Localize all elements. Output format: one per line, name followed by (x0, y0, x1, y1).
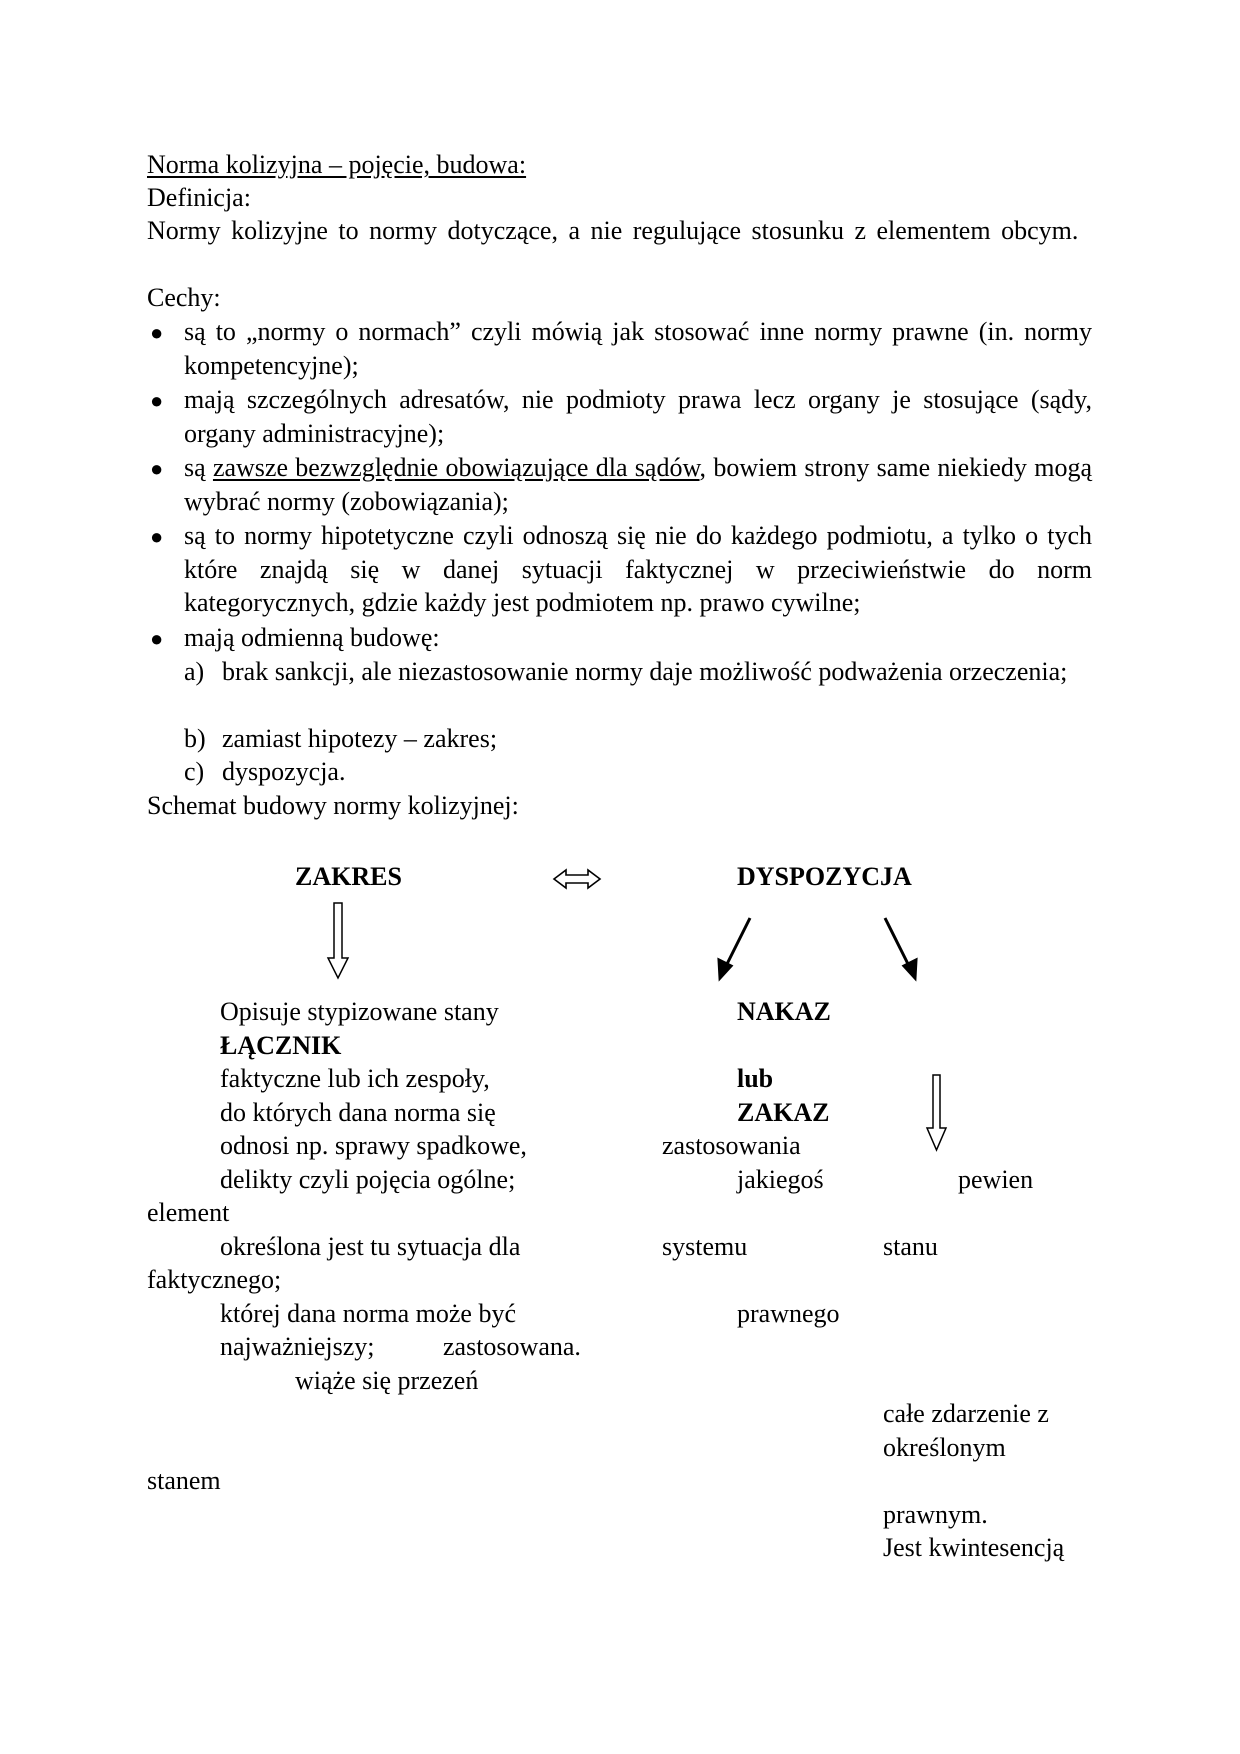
schema-left-line: faktycznego; (147, 1263, 281, 1296)
double-arrow-icon (554, 870, 600, 888)
schema-left-line: zastosowana. (443, 1330, 581, 1363)
schema-left-line: określona jest tu sytuacja dla (220, 1230, 520, 1263)
zakaz-label: ZAKAZ (737, 1096, 829, 1129)
nakaz-label: NAKAZ (737, 995, 831, 1028)
schema-left-line: odnosi np. sprawy spadkowe, (220, 1129, 527, 1162)
schema-right-line: całe zdarzenie z (883, 1397, 1049, 1430)
schema-middle-line: zastosowania (662, 1129, 801, 1162)
diagonal-arrow-left-icon (719, 918, 750, 978)
schema-right-line: prawnym. (883, 1498, 988, 1531)
schema-right-line: pewien (958, 1163, 1033, 1196)
schema-middle-line: prawnego (737, 1297, 840, 1330)
schema-left-line: Opisuje stypizowane stany (220, 995, 499, 1028)
lub-label: lub (737, 1062, 773, 1095)
schema-left-line: której dana norma może być (220, 1297, 516, 1330)
schema-middle-line: jakiegoś (737, 1163, 824, 1196)
schema-left-line: do których dana norma się (220, 1096, 496, 1129)
schema-left-line: faktyczne lub ich zespoły, (220, 1062, 490, 1095)
down-arrow-icon (927, 1075, 946, 1150)
schema-right-line: stanu (883, 1230, 938, 1263)
schema-left-line: wiąże się przezeń (295, 1364, 478, 1397)
diagonal-arrow-right-icon (885, 918, 916, 978)
lacznik-label: ŁĄCZNIK (220, 1029, 341, 1062)
schema-left-line: stanem (147, 1464, 221, 1497)
schema-right-line: określonym (883, 1431, 1006, 1464)
schema-left-line: element (147, 1196, 229, 1229)
schema-left-line: najważniejszy; (220, 1330, 375, 1363)
schema-left-line: delikty czyli pojęcia ogólne; (220, 1163, 515, 1196)
schema-middle-line: systemu (662, 1230, 747, 1263)
schema-right-line: Jest kwintesencją (883, 1531, 1064, 1564)
down-arrow-icon (328, 903, 348, 978)
